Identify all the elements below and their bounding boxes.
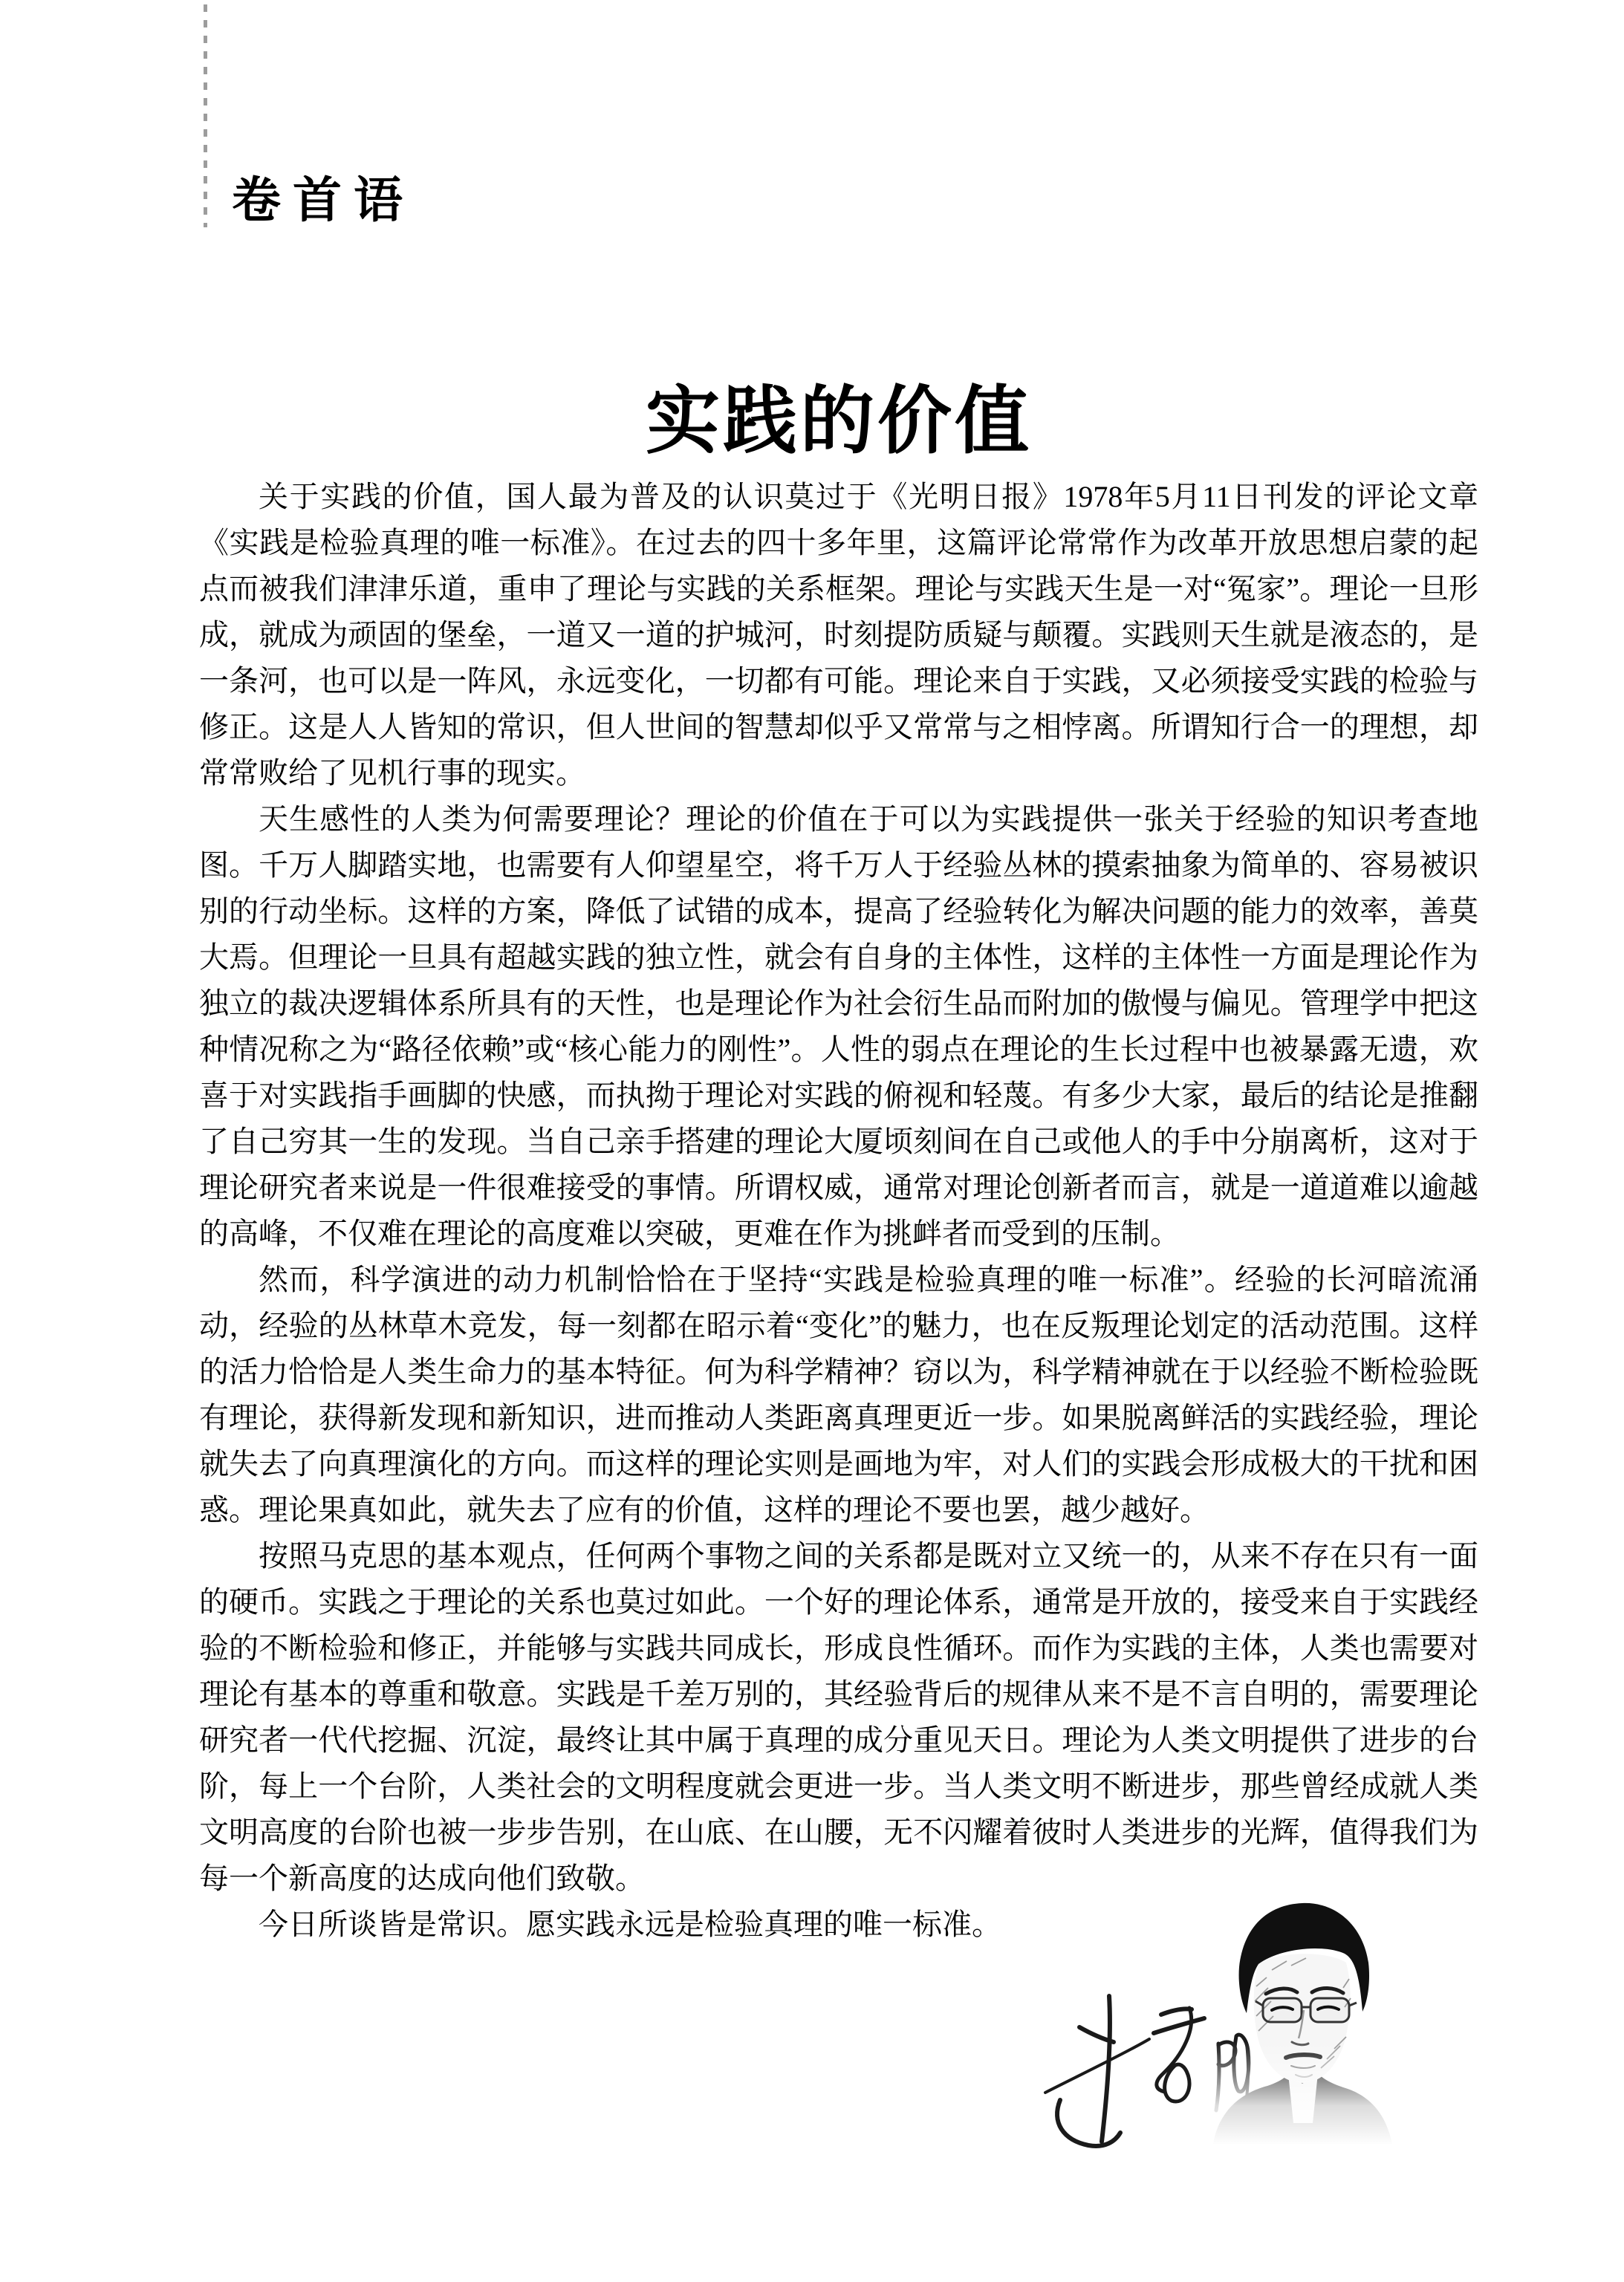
article-paragraph: 关于实践的价值，国人最为普及的认识莫过于《光明日报》1978年5月11日刊发的评…: [199, 474, 1478, 796]
article-paragraph: 按照马克思的基本观点，任何两个事物之间的关系都是既对立又统一的，从来不存在只有一…: [199, 1533, 1478, 1902]
article-body: 关于实践的价值，国人最为普及的认识莫过于《光明日报》1978年5月11日刊发的评…: [199, 474, 1478, 1948]
article-title: 实践的价值: [199, 381, 1478, 463]
margin-dashed-line: [204, 4, 207, 227]
author-portrait-sketch: [1209, 1899, 1395, 2144]
magazine-page: 卷首语 实践的价值 关于实践的价值，国人最为普及的认识莫过于《光明日报》1978…: [0, 0, 1624, 2282]
article-paragraph: 天生感性的人类为何需要理论？理论的价值在于可以为实践提供一张关于经验的知识考查地…: [199, 796, 1478, 1257]
section-label: 卷首语: [232, 177, 415, 226]
article-paragraph: 然而，科学演进的动力机制恰恰在于坚持“实践是检验真理的唯一标准”。经验的长河暗流…: [199, 1257, 1478, 1533]
